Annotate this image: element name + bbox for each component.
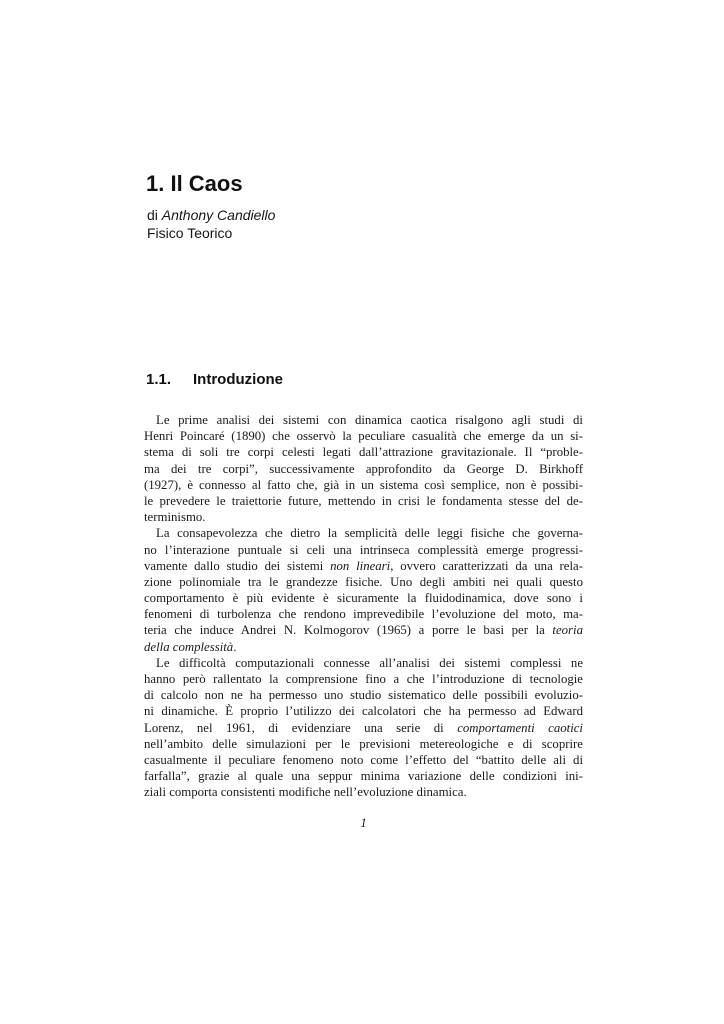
text-segment: fenomeni di turbolenza che rendono impre… bbox=[144, 607, 583, 621]
text-segment: farfalla”, grazie al quale una seppur mi… bbox=[144, 769, 583, 783]
italic-text-segment: comportamenti caotici bbox=[457, 721, 583, 735]
chapter-title: 1. Il Caos bbox=[146, 172, 243, 196]
text-line: Lorenz, nel 1961, di evidenziare una ser… bbox=[144, 720, 583, 736]
text-line: di calcolo non ne ha permesso uno studio… bbox=[144, 687, 583, 703]
text-line: casualmente il peculiare fenomeno noto c… bbox=[144, 752, 583, 768]
text-segment: teria che induce Andrei N. Kolmogorov (1… bbox=[144, 623, 552, 637]
italic-text-segment: della complessità bbox=[144, 640, 233, 654]
text-line: (1927), è connesso al fatto che, già in … bbox=[144, 477, 583, 493]
text-segment: di calcolo non ne ha permesso uno studio… bbox=[144, 688, 583, 702]
text-segment: no l’interazione puntuale si celi una in… bbox=[144, 543, 583, 557]
text-line: ni dinamiche. È proprio l’utilizzo dei c… bbox=[144, 703, 583, 719]
text-segment: casualmente il peculiare fenomeno noto c… bbox=[144, 753, 583, 767]
text-segment: comportamento è più evidente è sicuramen… bbox=[144, 591, 583, 605]
italic-text-segment: non lineari bbox=[330, 559, 390, 573]
page-number: 1 bbox=[144, 816, 583, 831]
section-number: 1.1. bbox=[146, 371, 193, 389]
text-line: Henri Poincaré (1890) che osservò la pec… bbox=[144, 428, 583, 444]
text-line: comportamento è più evidente è sicuramen… bbox=[144, 590, 583, 606]
text-segment: terminismo. bbox=[144, 510, 206, 524]
byline-prefix: di bbox=[147, 207, 162, 223]
text-line: della complessità. bbox=[144, 639, 583, 655]
italic-text-segment: teoria bbox=[552, 623, 583, 637]
byline: di Anthony Candiello Fisico Teorico bbox=[147, 206, 275, 242]
text-line: nell’ambito delle simulazioni per le pre… bbox=[144, 736, 583, 752]
text-segment: Le prime analisi dei sistemi con dinamic… bbox=[156, 413, 583, 427]
text-segment: ma dei tre corpi”, successivamente appro… bbox=[144, 462, 583, 476]
text-segment: Lorenz, nel 1961, di evidenziare una ser… bbox=[144, 721, 457, 735]
paragraph: La consapevolezza che dietro la semplici… bbox=[144, 525, 583, 655]
text-line: fenomeni di turbolenza che rendono impre… bbox=[144, 606, 583, 622]
text-line: Le prime analisi dei sistemi con dinamic… bbox=[144, 412, 583, 428]
text-segment: (1927), è connesso al fatto che, già in … bbox=[144, 478, 583, 492]
text-segment: ziali comporta consistenti modifiche nel… bbox=[144, 785, 467, 799]
text-segment: . bbox=[233, 640, 236, 654]
text-line: stema di soli tre corpi celesti legati d… bbox=[144, 444, 583, 460]
text-segment: Le difficoltà computazionali connesse al… bbox=[156, 656, 583, 670]
section-heading: 1.1.Introduzione bbox=[146, 371, 283, 389]
text-segment: hanno però rallentato la comprensione fi… bbox=[144, 672, 583, 686]
text-line: vamente dallo studio dei sistemi non lin… bbox=[144, 558, 583, 574]
text-line: hanno però rallentato la comprensione fi… bbox=[144, 671, 583, 687]
text-segment: nell’ambito delle simulazioni per le pre… bbox=[144, 737, 583, 751]
text-segment: zione polinomiale tra le grandezze fisic… bbox=[144, 575, 583, 589]
text-segment: ni dinamiche. È proprio l’utilizzo dei c… bbox=[144, 704, 583, 718]
text-segment: vamente dallo studio dei sistemi bbox=[144, 559, 330, 573]
author-role: Fisico Teorico bbox=[147, 224, 275, 242]
text-line: le prevedere le traiettorie future, mett… bbox=[144, 493, 583, 509]
text-line: no l’interazione puntuale si celi una in… bbox=[144, 542, 583, 558]
text-line: terminismo. bbox=[144, 509, 583, 525]
text-segment: stema di soli tre corpi celesti legati d… bbox=[144, 445, 583, 459]
text-line: La consapevolezza che dietro la semplici… bbox=[144, 525, 583, 541]
text-line: Le difficoltà computazionali connesse al… bbox=[144, 655, 583, 671]
section-title: Introduzione bbox=[193, 371, 283, 388]
author-line: di Anthony Candiello bbox=[147, 206, 275, 224]
text-segment: le prevedere le traiettorie future, mett… bbox=[144, 494, 583, 508]
text-line: ma dei tre corpi”, successivamente appro… bbox=[144, 461, 583, 477]
paragraph: Le prime analisi dei sistemi con dinamic… bbox=[144, 412, 583, 525]
text-line: zione polinomiale tra le grandezze fisic… bbox=[144, 574, 583, 590]
paragraph: Le difficoltà computazionali connesse al… bbox=[144, 655, 583, 801]
text-segment: La consapevolezza che dietro la semplici… bbox=[156, 526, 583, 540]
text-segment: Henri Poincaré (1890) che osservò la pec… bbox=[144, 429, 583, 443]
text-line: ziali comporta consistenti modifiche nel… bbox=[144, 784, 583, 800]
text-line: teria che induce Andrei N. Kolmogorov (1… bbox=[144, 622, 583, 638]
text-segment: , ovvero caratterizzati da una rela- bbox=[390, 559, 583, 573]
body-text: Le prime analisi dei sistemi con dinamic… bbox=[144, 412, 583, 801]
author-name: Anthony Candiello bbox=[162, 207, 276, 223]
text-line: farfalla”, grazie al quale una seppur mi… bbox=[144, 768, 583, 784]
document-page: 1. Il Caos di Anthony Candiello Fisico T… bbox=[0, 0, 724, 1024]
